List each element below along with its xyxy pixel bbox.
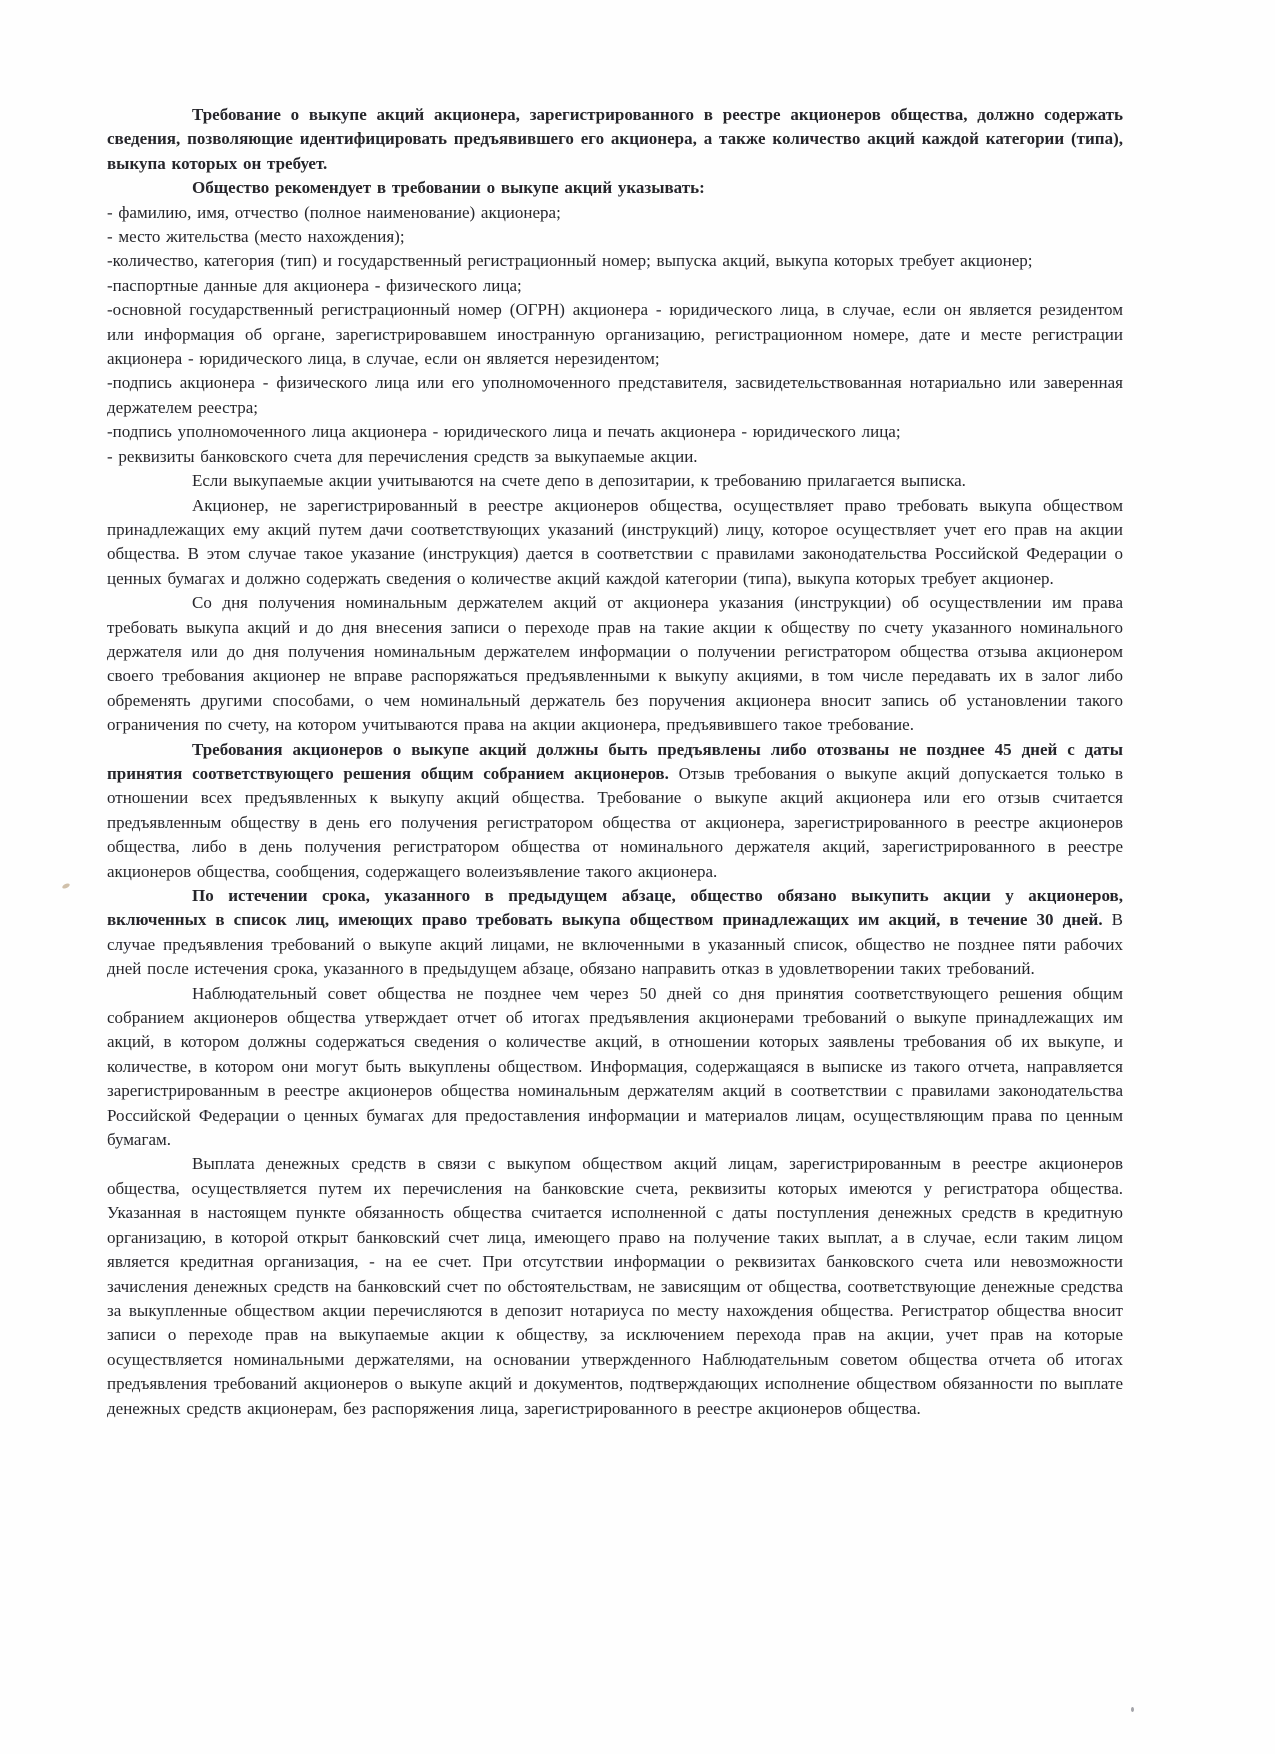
paragraph-recommendation-heading: Общество рекомендует в требовании о выку… bbox=[107, 176, 1123, 200]
list-item: -подпись акционера - физического лица ил… bbox=[107, 371, 1123, 420]
scan-speck-left-margin bbox=[62, 882, 71, 889]
paragraph-depo-note: Если выкупаемые акции учитываются на сче… bbox=[107, 469, 1123, 493]
list-item: - фамилию, имя, отчество (полное наимено… bbox=[107, 201, 1123, 225]
paragraph-payment-procedure: Выплата денежных средств в связи с выкуп… bbox=[107, 1152, 1123, 1420]
list-item: -подпись уполномоченного лица акционера … bbox=[107, 420, 1123, 444]
scan-speck-bottom-right bbox=[1131, 1707, 1134, 1712]
paragraph-deadline-45-days: Требования акционеров о выкупе акций дол… bbox=[107, 738, 1123, 884]
paragraph-nominal-holder: Со дня получения номинальным держателем … bbox=[107, 591, 1123, 737]
list-item: -основной государственный регистрационны… bbox=[107, 298, 1123, 371]
list-item: - место жительства (место нахождения); bbox=[107, 225, 1123, 249]
list-item: -паспортные данные для акционера - физич… bbox=[107, 274, 1123, 298]
scanned-page: Требование о выкупе акций акционера, зар… bbox=[0, 0, 1275, 1754]
paragraph-unregistered-shareholder: Акционер, не зарегистрированный в реестр… bbox=[107, 494, 1123, 592]
paragraph-requirement-intro: Требование о выкупе акций акционера, зар… bbox=[107, 103, 1123, 176]
list-item: -количество, категория (тип) и государст… bbox=[107, 249, 1123, 273]
document-text-column: Требование о выкупе акций акционера, зар… bbox=[107, 103, 1123, 1421]
list-item: - реквизиты банковского счета для перечи… bbox=[107, 445, 1123, 469]
paragraph-supervisory-board-report: Наблюдательный совет общества не позднее… bbox=[107, 982, 1123, 1153]
paragraph-buyback-30-days: По истечении срока, указанного в предыду… bbox=[107, 884, 1123, 982]
paragraph-bold-lead: По истечении срока, указанного в предыду… bbox=[107, 886, 1123, 929]
